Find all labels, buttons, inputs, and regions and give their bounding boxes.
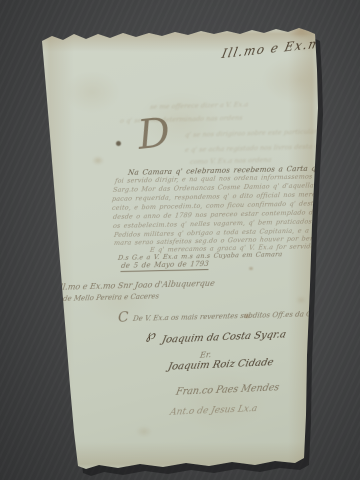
initial-flourish: D [136, 113, 172, 156]
foxing-stain [92, 156, 104, 165]
signature-rubric: ℘ [146, 328, 155, 343]
foxing-stain [248, 266, 254, 271]
foxing-stain [136, 426, 152, 437]
date-line: de 5 de Mayo de 1793 [120, 260, 209, 272]
ink-speck [116, 141, 121, 146]
photo-background: Ill.mo e Ex.mo Snr se me offerece dizer … [0, 0, 360, 480]
signature-rubric: Er. [199, 350, 212, 360]
foxing-stain [296, 296, 306, 304]
camara-flourish: C [118, 309, 130, 326]
manuscript-paper: Ill.mo e Ex.mo Snr se me offerece dizer … [0, 0, 360, 480]
foxing-stain [288, 22, 314, 38]
